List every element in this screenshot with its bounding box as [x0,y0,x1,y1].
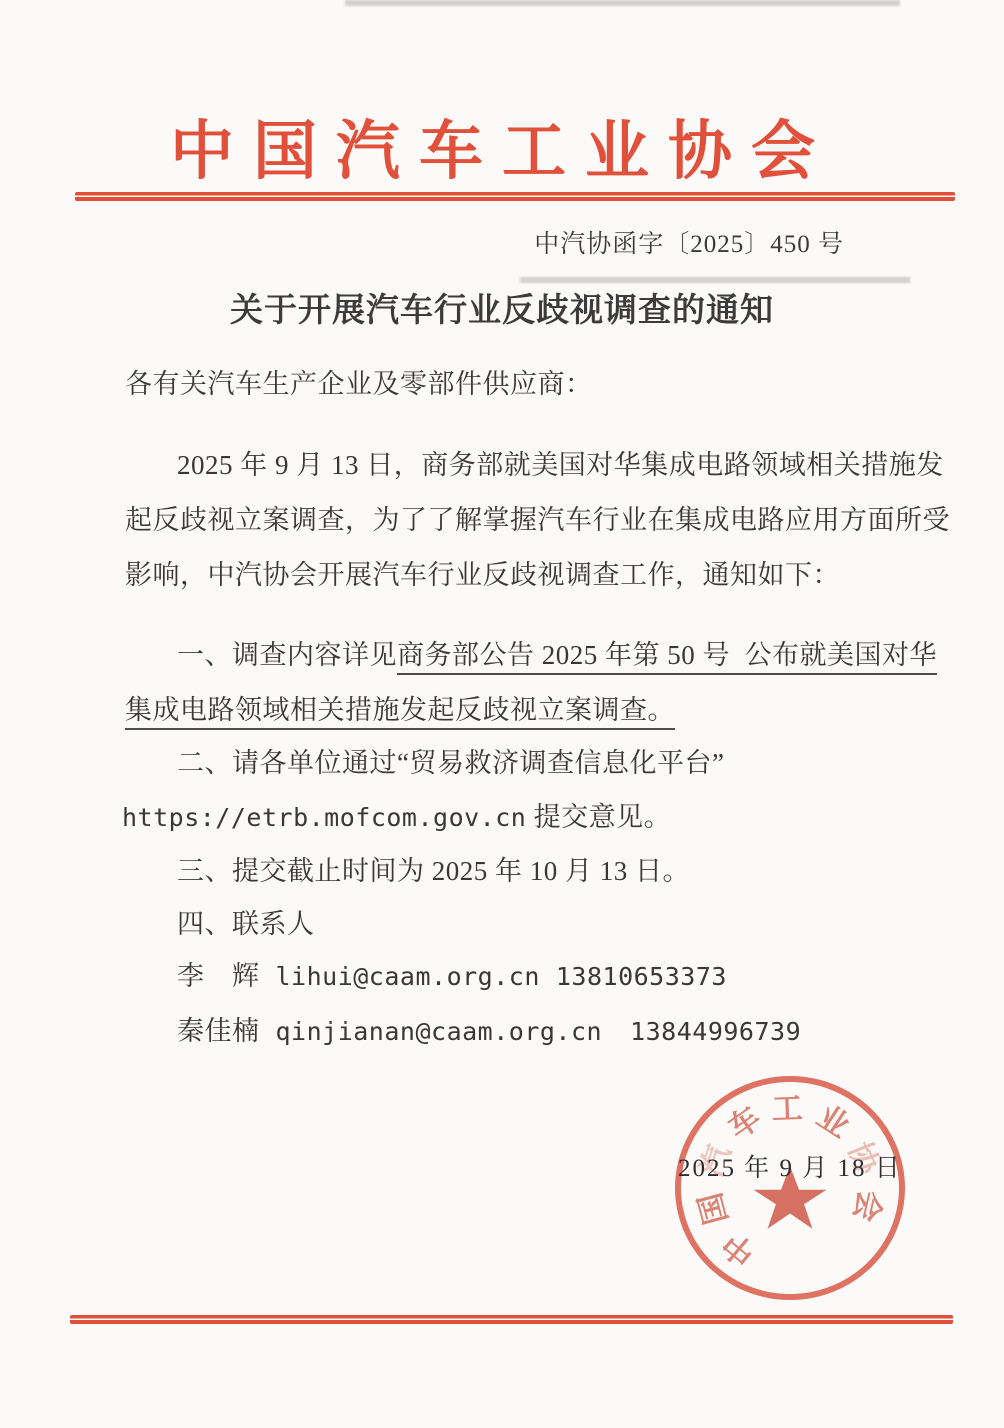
paragraph-line-2: 起反歧视立案调查，为了了解掌握汽车行业在集成电路应用方面所受 [125,502,950,538]
contact-row: 秦佳楠qinjianan@caam.org.cn13844996739 [177,1013,801,1050]
seal-ring-char: 国 [692,1186,736,1230]
item-four: 四、联系人 [177,906,315,942]
paragraph-line-3: 影响，中汽协会开展汽车行业反歧视调查工作，通知如下： [125,557,840,593]
item-two-line-1: 二、请各单位通过“贸易救济调查信息化平台” [177,745,724,781]
item-two-suffix: 提交意见。 [526,802,671,832]
footer-rule [70,1315,953,1324]
contact-phone: 13844996739 [630,1017,801,1046]
scan-artifact [345,0,900,6]
scanned-letter-page: 中国汽车工业协会 中汽协函字〔2025〕450 号 关于开展汽车行业反歧视调查的… [0,0,1004,1428]
item-one-line-2: 集成电路领域相关措施发起反歧视立案调查。 [125,692,675,728]
seal-ring-char: 业 [808,1097,858,1147]
contact-email: lihui@caam.org.cn [276,962,540,991]
submission-url: https://etrb.mofcom.gov.cn [122,803,526,832]
official-seal: 中 国 汽 车 工 业 协 会 [675,1076,905,1300]
seal-ring-char: 中 [714,1223,765,1274]
seal-ring-char: 会 [845,1184,888,1227]
underlined-reference-part-1: 商务部公告 2025 年第 50 号 公布就美国对华 [397,640,937,675]
contact-name: 秦佳楠 [177,1016,260,1046]
page-title: 关于开展汽车行业反歧视调查的通知 [0,284,1004,331]
header-rule [75,192,955,201]
contact-row: 李 辉lihui@caam.org.cn13810653373 [177,958,727,995]
scan-artifact [520,277,910,283]
seal-date: 2025 年 9 月 18 日 [678,1148,902,1184]
doc-number: 中汽协函字〔2025〕450 号 [534,224,844,260]
item-three: 三、提交截止时间为 2025 年 10 月 13 日。 [177,853,690,889]
salutation: 各有关汽车生产企业及零部件供应商： [125,366,593,402]
seal-ring-char: 车 [720,1098,770,1148]
seal-ring-char: 工 [769,1090,806,1127]
item-two-line-2: https://etrb.mofcom.gov.cn 提交意见。 [122,799,671,836]
item-one-line-1: 一、调查内容详见商务部公告 2025 年第 50 号 公布就美国对华 [177,637,937,673]
contact-email: qinjianan@caam.org.cn [276,1017,603,1046]
underlined-reference-part-2: 集成电路领域相关措施发起反歧视立案调查。 [125,695,675,730]
item-one-prefix: 一、调查内容详见 [177,640,397,670]
contact-name: 李 辉 [177,961,260,991]
paragraph-line-1: 2025 年 9 月 13 日，商务部就美国对华集成电路领域相关措施发 [177,447,944,483]
org-name: 中国汽车工业协会 [0,100,1004,192]
contact-phone: 13810653373 [556,962,727,991]
